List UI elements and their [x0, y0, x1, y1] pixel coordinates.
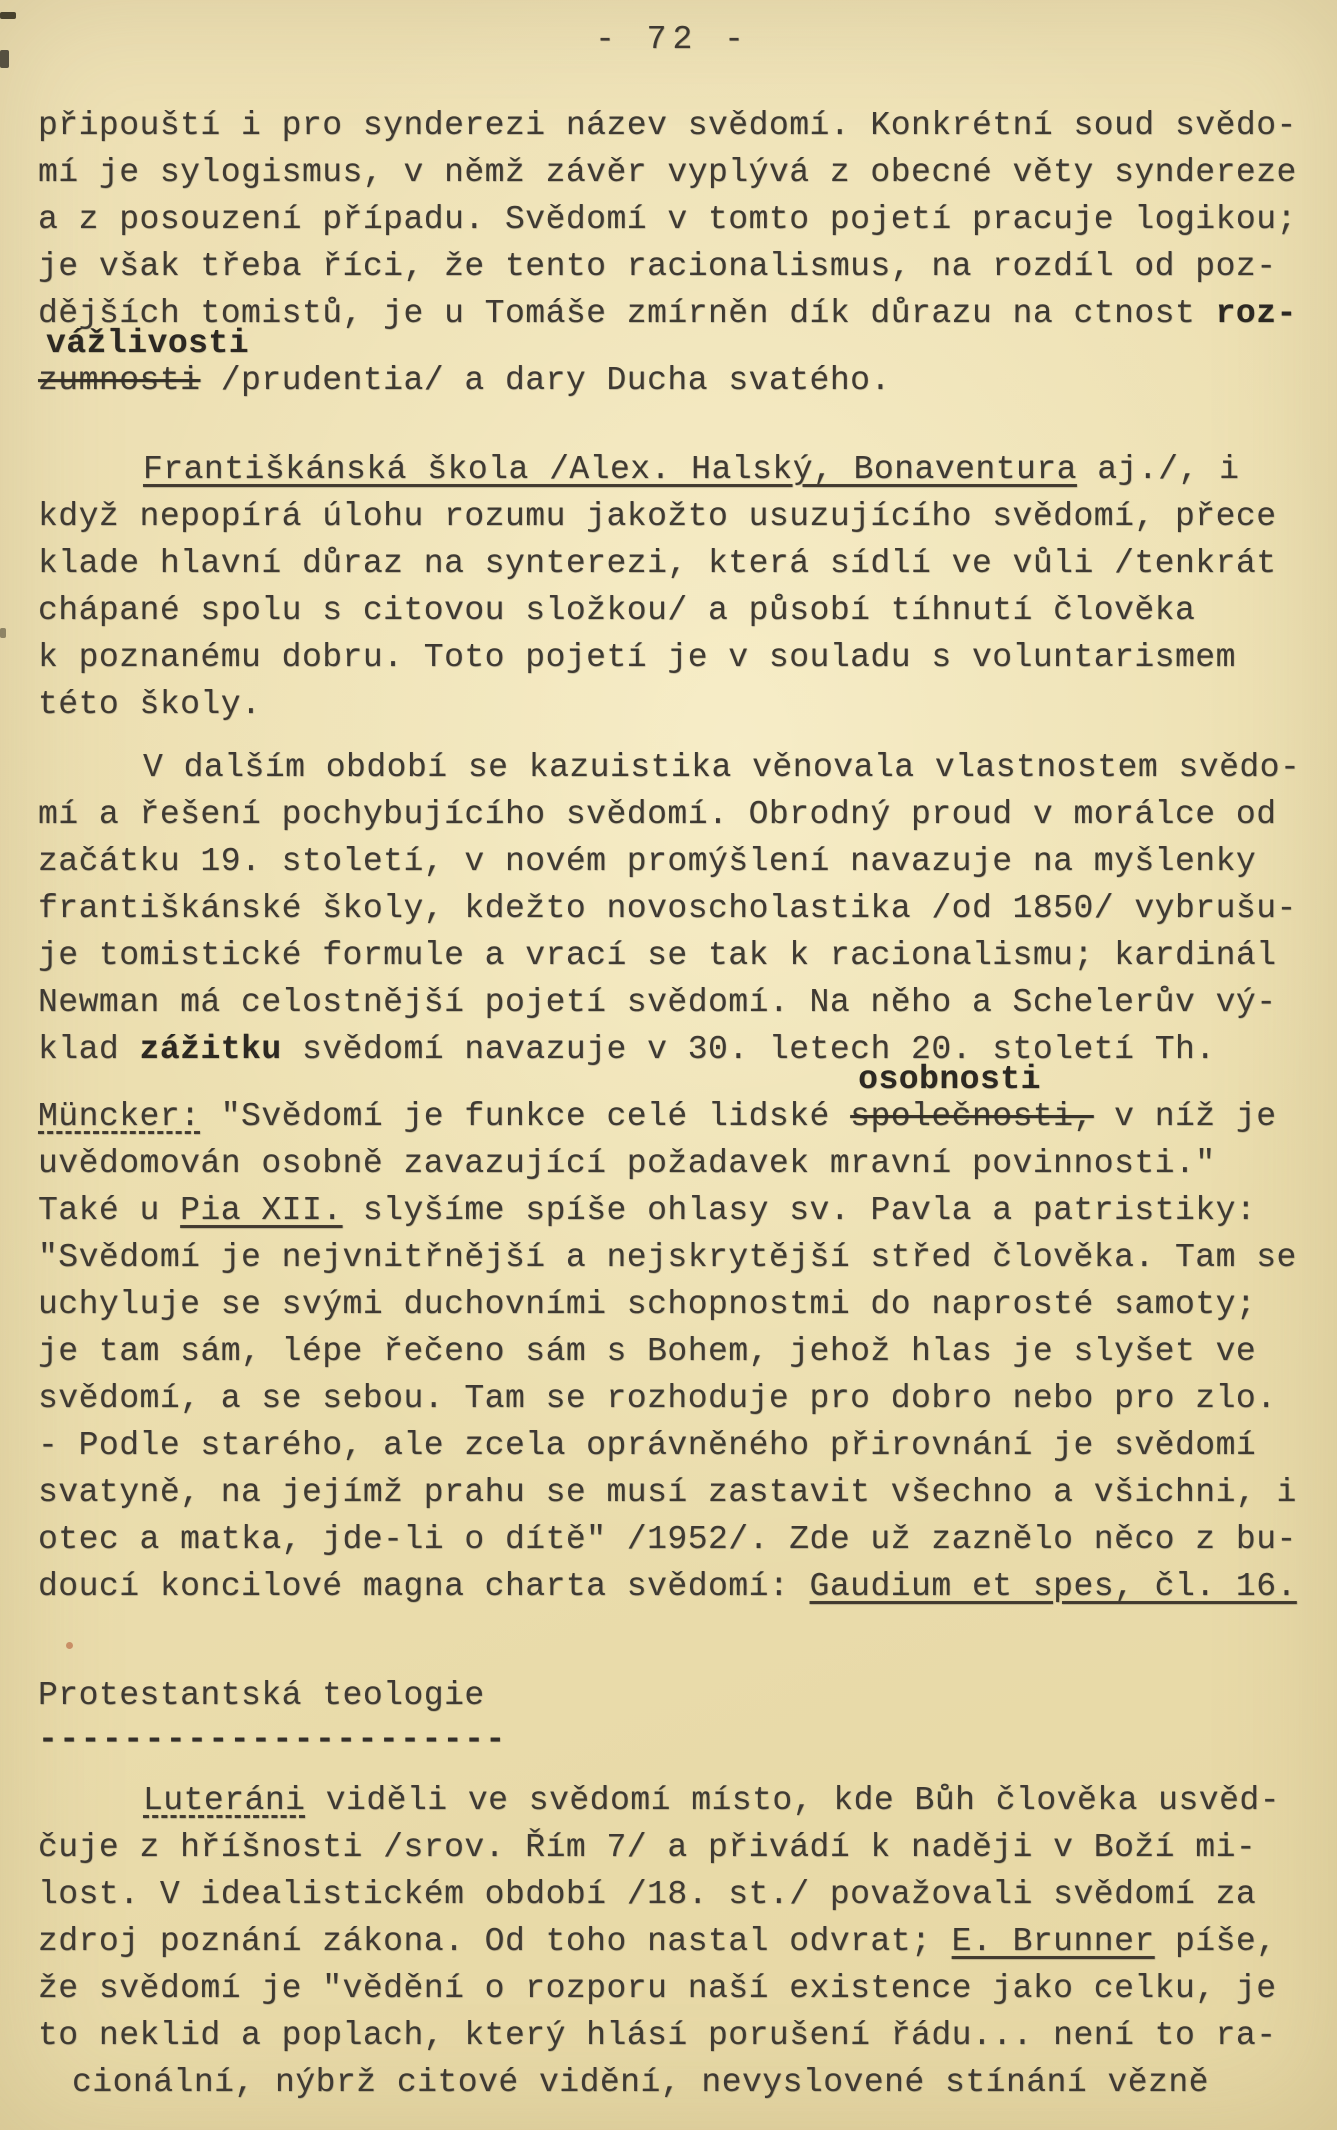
text-line: když nepopírá úlohu rozumu jakožto usuzu…	[38, 493, 1307, 540]
corrected-text: osobnostispolečnosti,	[850, 1093, 1094, 1140]
text-segment: když nepopírá úlohu rozumu jakožto usuzu…	[38, 498, 1277, 535]
text-segment: čuje z hříšnosti /srov. Řím 7/ a přivádí…	[38, 1829, 1256, 1866]
text-segment: Luteráni	[143, 1782, 305, 1819]
text-segment: roz-	[1216, 295, 1297, 332]
text-line: a z posouzení případu. Svědomí v tomto p…	[38, 196, 1307, 243]
text-segment: uvědomován osobně zavazující požadavek m…	[38, 1145, 1216, 1182]
text-line: Františkánská škola /Alex. Halský, Bonav…	[38, 446, 1307, 493]
text-line: Müncker: "Svědomí je funkce celé lidské …	[38, 1073, 1307, 1140]
text-segment: svědomí navazuje v 30. letech 20. stolet…	[282, 1031, 1216, 1068]
text-segment: že svědomí je "vědění o rozporu naší exi…	[38, 1970, 1277, 2007]
struck-word: zumnosti	[38, 362, 200, 399]
text-segment: připouští i pro synderezi název svědomí.…	[38, 107, 1297, 144]
text-line: Protestantská teologie	[38, 1672, 1307, 1719]
text-line: klad zážitku svědomí navazuje v 30. lete…	[38, 1026, 1307, 1073]
section-heading: Protestantská teologie	[38, 1672, 1307, 1719]
text-line: je tam sám, lépe řečeno sám s Bohem, jeh…	[38, 1328, 1307, 1375]
text-line: Také u Pia XII. slyšíme spíše ohlasy sv.…	[38, 1187, 1307, 1234]
text-line: mí a řešení pochybujícího svědomí. Obrod…	[38, 791, 1307, 838]
text-segment: uchyluje se svými duchovními schopnostmi…	[38, 1286, 1256, 1323]
text-line: je však třeba říci, že tento racionalism…	[38, 243, 1307, 290]
text-line: začátku 19. století, v novém promýšlení …	[38, 838, 1307, 885]
text-segment: začátku 19. století, v novém promýšlení …	[38, 843, 1256, 880]
text-segment: františkánské školy, kdežto novoscholast…	[38, 890, 1297, 927]
text-segment: klade hlavní důraz na synterezi, která s…	[38, 545, 1277, 582]
text-segment: "Svědomí je funkce celé lidské	[200, 1098, 850, 1135]
text-segment: Gaudium et spes, čl. 16.	[810, 1568, 1297, 1605]
text-segment: Pia XII.	[180, 1192, 342, 1229]
text-segment: je tomistické formule a vrací se tak k r…	[38, 937, 1277, 974]
text-line: zdroj poznání zákona. Od toho nastal odv…	[38, 1918, 1307, 1965]
text-line: svědomí, a se sebou. Tam se rozhoduje pr…	[38, 1375, 1307, 1422]
text-segment: "Svědomí je nejvnitřnější a nejskrytější…	[38, 1239, 1297, 1276]
text-line: lost. V idealistickém období /18. st./ p…	[38, 1871, 1307, 1918]
text-segment: viděli ve svědomí místo, kde Bůh člověka…	[305, 1782, 1280, 1819]
text-segment: to neklid a poplach, který hlásí porušen…	[38, 2017, 1277, 2054]
text-segment: píše,	[1155, 1923, 1277, 1960]
text-segment: zdroj poznání zákona. Od toho nastal odv…	[38, 1923, 952, 1960]
text-line: k poznanému dobru. Toto pojetí je v soul…	[38, 634, 1307, 681]
text-segment: mí a řešení pochybujícího svědomí. Obrod…	[38, 796, 1277, 833]
text-segment: /prudentia/ a dary Ducha svatého.	[200, 362, 890, 399]
text-segment: této školy.	[38, 686, 261, 723]
text-segment: v níž je	[1094, 1098, 1277, 1135]
text-segment: - Podle starého, ale zcela oprávněného p…	[38, 1427, 1256, 1464]
text-segment: je však třeba říci, že tento racionalism…	[38, 248, 1277, 285]
text-line: cionální, nýbrž citové vidění, nevyslove…	[38, 2059, 1307, 2106]
text-line: že svědomí je "vědění o rozporu naší exi…	[38, 1965, 1307, 2012]
document-body: připouští i pro synderezi název svědomí.…	[38, 102, 1307, 2106]
text-segment: je tam sám, lépe řečeno sám s Bohem, jeh…	[38, 1333, 1256, 1370]
text-segment: E. Brunner	[952, 1923, 1155, 1960]
text-segment: a z posouzení případu. Svědomí v tomto p…	[38, 201, 1297, 238]
text-line: vážlivostizumnosti /prudentia/ a dary Du…	[38, 337, 1307, 404]
text-segment: Také u	[38, 1192, 180, 1229]
paragraph: Františkánská škola /Alex. Halský, Bonav…	[38, 446, 1307, 728]
text-line: mí je sylogismus, v němž závěr vyplývá z…	[38, 149, 1307, 196]
text-line: čuje z hříšnosti /srov. Řím 7/ a přivádí…	[38, 1824, 1307, 1871]
text-segment: V dalším období se kazuistika věnovala v…	[143, 749, 1300, 786]
text-line: této školy.	[38, 681, 1307, 728]
text-segment: otec a matka, jde-li o dítě" /1952/. Zde…	[38, 1521, 1297, 1558]
text-line: svatyně, na jejímž prahu se musí zastavi…	[38, 1469, 1307, 1516]
corrected-text: vážlivostizumnosti	[38, 357, 200, 404]
text-line: "Svědomí je nejvnitřnější a nejskrytější…	[38, 1234, 1307, 1281]
text-segment: k poznanému dobru. Toto pojetí je v soul…	[38, 639, 1236, 676]
text-line: klade hlavní důraz na synterezi, která s…	[38, 540, 1307, 587]
inserted-correction: osobnosti	[858, 1066, 1041, 1094]
text-segment: aj./, i	[1077, 451, 1239, 488]
text-line: chápané spolu s citovou složkou/ a působ…	[38, 587, 1307, 634]
text-segment: svatyně, na jejímž prahu se musí zastavi…	[38, 1474, 1297, 1511]
page-number: - 72 -	[38, 20, 1307, 60]
text-segment: mí je sylogismus, v němž závěr vyplývá z…	[38, 154, 1297, 191]
page-content: - 72 - připouští i pro synderezi název s…	[0, 0, 1337, 2106]
text-segment: doucí koncilové magna charta svědomí:	[38, 1568, 810, 1605]
text-line: uchyluje se svými duchovními schopnostmi…	[38, 1281, 1307, 1328]
paragraph: připouští i pro synderezi název svědomí.…	[38, 102, 1307, 404]
text-line: V dalším období se kazuistika věnovala v…	[38, 744, 1307, 791]
text-segment: svědomí, a se sebou. Tam se rozhoduje pr…	[38, 1380, 1277, 1417]
inserted-correction: vážlivosti	[46, 330, 249, 358]
text-segment: zážitku	[140, 1031, 282, 1068]
text-line: doucí koncilové magna charta svědomí: Ga…	[38, 1563, 1307, 1610]
scanned-document-page: - 72 - připouští i pro synderezi název s…	[0, 0, 1337, 2130]
text-line: františkánské školy, kdežto novoscholast…	[38, 885, 1307, 932]
text-segment: chápané spolu s citovou složkou/ a působ…	[38, 592, 1195, 629]
text-line: otec a matka, jde-li o dítě" /1952/. Zde…	[38, 1516, 1307, 1563]
text-line: Luteráni viděli ve svědomí místo, kde Bů…	[38, 1777, 1307, 1824]
text-segment: Müncker:	[38, 1098, 200, 1135]
text-line: to neklid a poplach, který hlásí porušen…	[38, 2012, 1307, 2059]
text-segment: Františkánská škola /Alex. Halský, Bonav…	[143, 451, 1077, 488]
struck-word: společnosti,	[850, 1098, 1094, 1135]
text-line: - Podle starého, ale zcela oprávněného p…	[38, 1422, 1307, 1469]
text-line: připouští i pro synderezi název svědomí.…	[38, 102, 1307, 149]
text-segment: Protestantská teologie	[38, 1677, 485, 1714]
text-line: je tomistické formule a vrací se tak k r…	[38, 932, 1307, 979]
text-segment: slyšíme spíše ohlasy sv. Pavla a patrist…	[343, 1192, 1257, 1229]
text-line: Newman má celostnější pojetí svědomí. Na…	[38, 979, 1307, 1026]
text-segment: klad	[38, 1031, 140, 1068]
paragraph: V dalším období se kazuistika věnovala v…	[38, 744, 1307, 1610]
text-line: uvědomován osobně zavazující požadavek m…	[38, 1140, 1307, 1187]
text-segment: lost. V idealistickém období /18. st./ p…	[38, 1876, 1256, 1913]
heading-underline: ----------------------	[38, 1719, 1307, 1761]
text-segment: Newman má celostnější pojetí svědomí. Na…	[38, 984, 1277, 1021]
text-segment: cionální, nýbrž citové vidění, nevyslove…	[72, 2064, 1209, 2101]
paragraph: Luteráni viděli ve svědomí místo, kde Bů…	[38, 1777, 1307, 2106]
